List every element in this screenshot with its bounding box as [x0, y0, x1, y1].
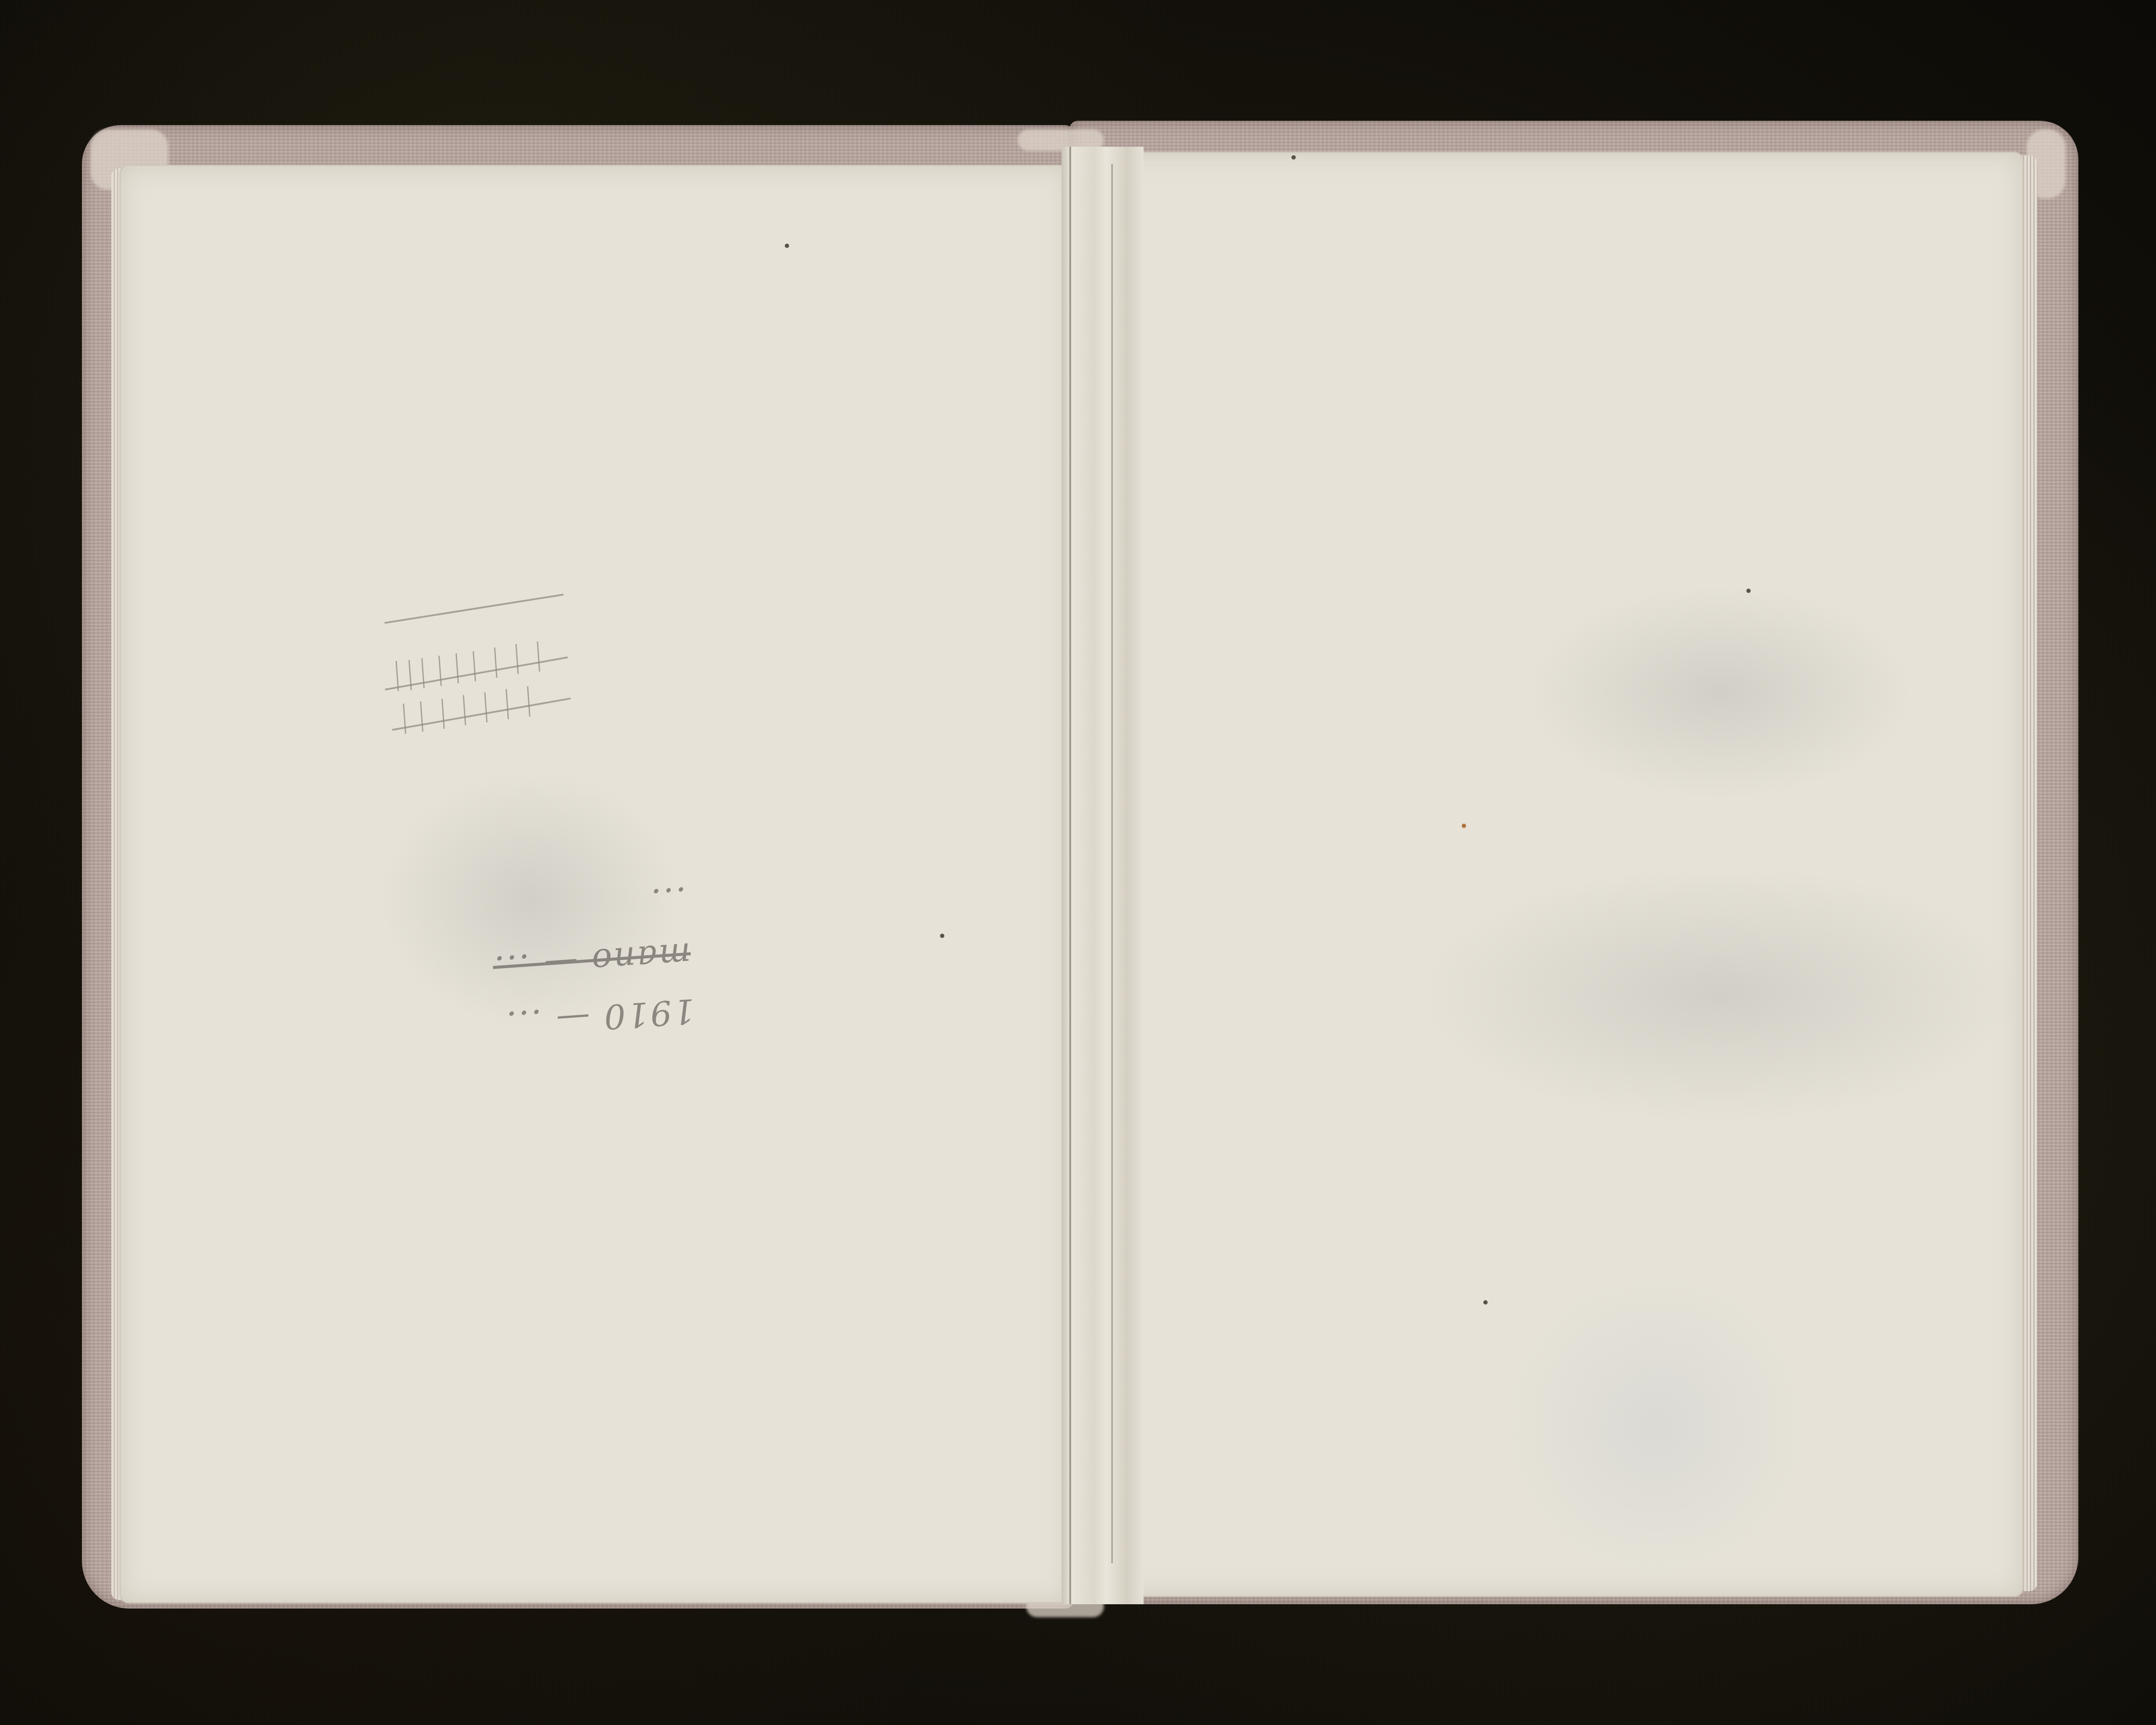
tally-mark	[527, 686, 530, 716]
tally-strike	[392, 698, 570, 731]
gutter-fold-line	[1069, 147, 1071, 1604]
inverted-pencil-note: 1910 — ... mano — ... ...	[166, 836, 696, 1066]
tally-mark	[537, 641, 540, 671]
offset-smudge	[1419, 865, 2022, 1123]
right-page	[1074, 153, 2022, 1596]
paper-speck	[1462, 824, 1466, 828]
tally-strike	[385, 656, 568, 690]
tally-mark	[403, 704, 406, 734]
tally-mark	[442, 699, 445, 729]
tally-mark	[515, 644, 519, 674]
tally-mark	[473, 651, 476, 681]
faint-stain	[1505, 1274, 1807, 1576]
tally-mark	[439, 655, 442, 686]
tally-mark	[494, 647, 498, 677]
torn-stub-edge	[1111, 164, 1113, 1563]
paper-speck	[785, 244, 789, 248]
tally-mark	[420, 702, 423, 732]
tally-mark	[455, 653, 459, 684]
paper-speck	[1291, 155, 1296, 160]
paper-speck	[940, 934, 944, 938]
offset-smudge	[1526, 584, 1915, 800]
spine-gutter	[1062, 147, 1144, 1604]
paper-speck	[1483, 1300, 1488, 1305]
tally-mark	[463, 695, 466, 725]
paper-speck	[1746, 589, 1751, 593]
tally-mark	[484, 692, 488, 722]
tally-mark	[505, 689, 509, 719]
pencil-tally-marks	[366, 597, 583, 753]
